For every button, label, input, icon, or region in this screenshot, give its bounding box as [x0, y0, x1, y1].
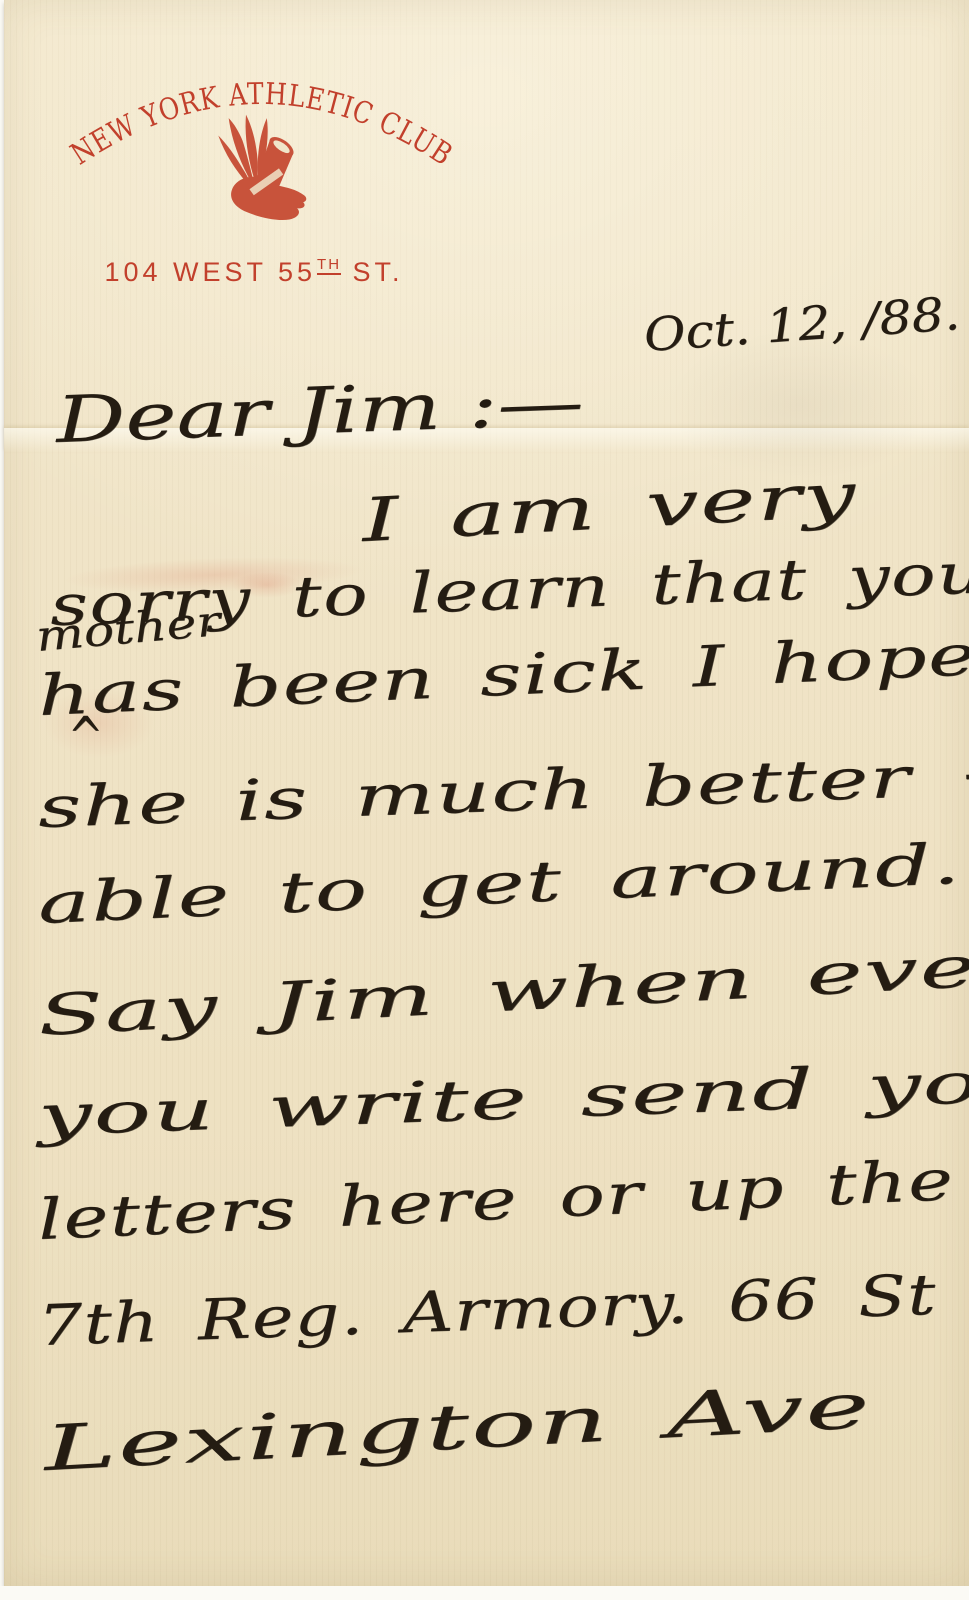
- winged-foot-icon: [194, 100, 324, 242]
- body-line: letters here or up the: [37, 1148, 956, 1253]
- letter-paper: NEW YORK ATHLETIC CLUB. 104 WEST 55TH ST…: [4, 0, 969, 1586]
- body-line: she is much better +: [37, 741, 969, 841]
- body-line: able to get around.: [37, 832, 963, 937]
- scan-bottom-edge: [0, 1586, 969, 1600]
- address-pre: 104 WEST 55: [104, 257, 316, 287]
- body-line: Say Jim when ever: [36, 932, 969, 1049]
- insertion-caret: ^: [68, 705, 103, 769]
- address-ordinal: TH: [317, 256, 341, 275]
- scanned-letter: NEW YORK ATHLETIC CLUB. 104 WEST 55TH ST…: [0, 0, 969, 1600]
- letterhead-address: 104 WEST 55TH ST.: [4, 256, 504, 288]
- letter-date: Oct. 12, /88.: [642, 286, 961, 362]
- body-line: I am very: [360, 460, 858, 556]
- body-line: you write send your: [37, 1047, 969, 1149]
- body-line: 7th Reg. Armory. 66 St +: [37, 1259, 969, 1359]
- address-post: ST.: [353, 257, 404, 287]
- body-line: Lexington Ave: [42, 1369, 873, 1485]
